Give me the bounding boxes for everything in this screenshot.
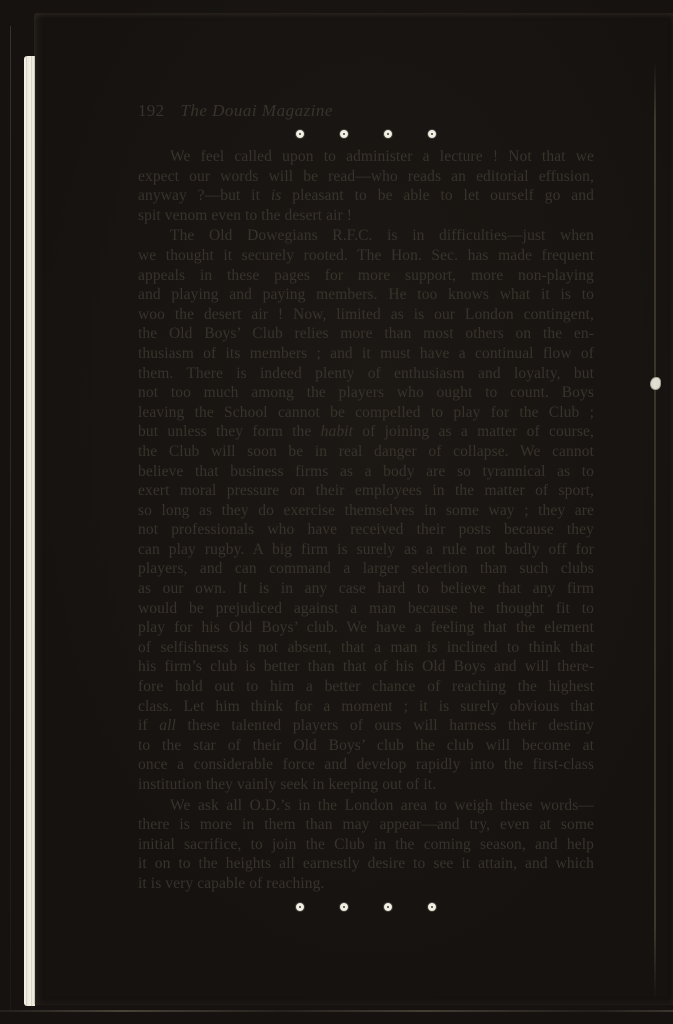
- text-line: play for his Old Boys’ club. We have a f…: [138, 618, 594, 638]
- circled-dot-ornament: [427, 902, 437, 912]
- text-line: leaving the School cannot be compelled t…: [138, 403, 594, 423]
- text-line: we thought it securely rooted. The Hon. …: [138, 246, 594, 266]
- text-line: them. There is indeed plenty of enthusia…: [138, 364, 594, 384]
- text-line: so long as they do exercise themselves i…: [138, 501, 594, 521]
- text-line: We ask all O.D.’s in the London area to …: [138, 796, 594, 816]
- text-line: exert moral pressure on their employees …: [138, 481, 594, 501]
- paper-flaw-notch: [650, 377, 661, 390]
- text-line: once a considerable force and develop ra…: [138, 755, 594, 775]
- text-line: We feel called upon to administer a lect…: [138, 147, 594, 167]
- cover-edge-highlight: [10, 26, 11, 1010]
- text-line: fore hold out to him a better chance of …: [138, 677, 594, 697]
- book-cover: 192The Douai Magazine We feel called upo…: [0, 0, 673, 1024]
- page-header: 192The Douai Magazine: [138, 99, 594, 123]
- paragraph: The Old Dowegians R.F.C. is in difficult…: [138, 226, 594, 794]
- text-line: to the star of their Old Boys’ club the …: [138, 736, 594, 756]
- text-line: spit venom even to the desert air !: [138, 206, 594, 226]
- text-line: the Club will soon be in real danger of …: [138, 442, 594, 462]
- text-line: but unless they form the habit of joinin…: [138, 422, 594, 442]
- circled-dot-ornament: [427, 129, 437, 139]
- text-line: it is very capable of reaching.: [138, 874, 594, 894]
- text-line: anyway ?—but it is pleasant to be able t…: [138, 186, 594, 206]
- page-content: 192The Douai Magazine We feel called upo…: [34, 13, 594, 912]
- text-line: not too much among the players who ought…: [138, 383, 594, 403]
- text-line: players, and can command a larger select…: [138, 559, 594, 579]
- text-line: can play rugby. A big firm is surely as …: [138, 540, 594, 560]
- magazine-title: The Douai Magazine: [180, 101, 333, 120]
- text-line: expect our words will be read—who reads …: [138, 167, 594, 187]
- text-line: thusiasm of its members ; and it must ha…: [138, 344, 594, 364]
- text-line: appeals in these pages for more support,…: [138, 266, 594, 286]
- text-line: would be prejudiced against a man becaus…: [138, 599, 594, 619]
- cover-scratch-line: [0, 1010, 673, 1012]
- page-number: 192: [138, 101, 164, 120]
- text-line: his firm’s club is better than that of h…: [138, 657, 594, 677]
- text-line: woo the desert air ! Now, limited as is …: [138, 305, 594, 325]
- text-line: believe that business firms as a body ar…: [138, 462, 594, 482]
- text-line: initial sacrifice, to join the Club in t…: [138, 835, 594, 855]
- text-line: not professionals who have received thei…: [138, 520, 594, 540]
- text-line: The Old Dowegians R.F.C. is in difficult…: [138, 226, 594, 246]
- text-line: it on to the heights all earnestly desir…: [138, 854, 594, 874]
- text-body: We feel called upon to administer a lect…: [138, 147, 594, 894]
- circled-dot-ornament: [383, 129, 393, 139]
- text-line: as our own. It is in any case hard to be…: [138, 579, 594, 599]
- circled-dot-ornament: [295, 129, 305, 139]
- paragraph: We ask all O.D.’s in the London area to …: [138, 796, 594, 894]
- text-line: there is more in them than may appear—an…: [138, 815, 594, 835]
- paragraph: We feel called upon to administer a lect…: [138, 147, 594, 225]
- text-line: of selfishness is not absent, that a man…: [138, 638, 594, 658]
- text-line: class. Let him think for a moment ; it i…: [138, 697, 594, 717]
- text-line: the Old Boys’ Club relies more than most…: [138, 324, 594, 344]
- magazine-page: 192The Douai Magazine We feel called upo…: [34, 13, 673, 1005]
- circled-dot-ornament: [339, 129, 349, 139]
- circled-dot-ornament: [295, 902, 305, 912]
- circled-dot-ornament: [383, 902, 393, 912]
- text-line: institution they vainly seek in keeping …: [138, 775, 594, 795]
- ornament-row-top: [138, 129, 594, 139]
- circled-dot-ornament: [339, 902, 349, 912]
- text-line: if all these talented players of ours wi…: [138, 716, 594, 736]
- text-line: and playing and paying members. He too k…: [138, 285, 594, 305]
- ornament-row-bottom: [138, 902, 594, 912]
- page-fore-edge-crease: [654, 61, 656, 1001]
